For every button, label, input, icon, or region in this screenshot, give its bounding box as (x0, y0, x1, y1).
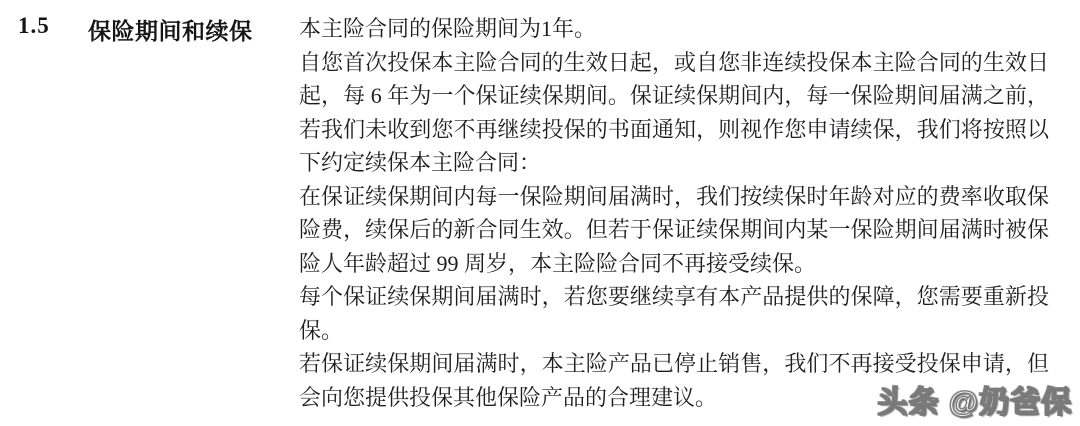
paragraph-guaranteed-renewal-period: 自您首次投保本主险合同的生效日起，或自您非连续投保本主险合同的生效日起，每 6 … (299, 46, 1049, 180)
paragraph-insurance-period: 本主险合同的保险期间为1年。 (299, 12, 1049, 46)
paragraph-reapply-after-period: 每个保证续保期间届满时，若您要继续享有本产品提供的保障，您需要重新投保。 (299, 280, 1049, 347)
section-number: 1.5 (18, 13, 50, 39)
document-page: 1.5 保险期间和续保 本主险合同的保险期间为1年。 自您首次投保本主险合同的生… (0, 0, 1080, 426)
watermark-toutiao-naibabao: 头条 @奶爸保 (877, 377, 1072, 421)
section-body: 本主险合同的保险期间为1年。 自您首次投保本主险合同的生效日起，或自您非连续投保… (299, 12, 1049, 414)
section-title: 保险期间和续保 (88, 13, 253, 46)
paragraph-renewal-rate-and-age-limit: 在保证续保期间内每一保险期间届满时，我们按续保时年龄对应的费率收取保险费，续保后… (299, 180, 1049, 281)
